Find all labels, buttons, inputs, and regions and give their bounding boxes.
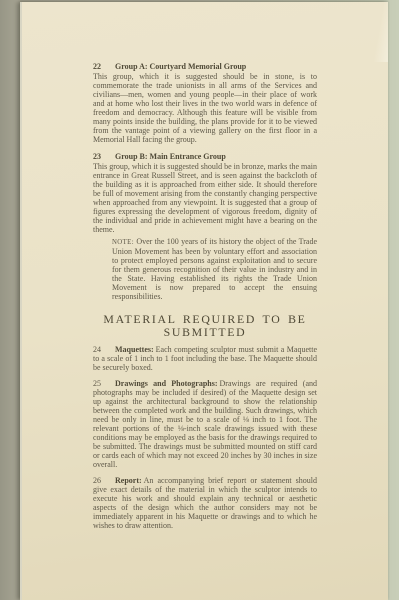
note-label: NOTE: — [112, 239, 134, 246]
clause-number: 25 — [93, 379, 115, 388]
section-heading-22: 22Group A: Courtyard Memorial Group — [93, 62, 317, 71]
clause-text: An accompanying brief report or statemen… — [93, 476, 317, 530]
note-paragraph: NOTE: Over the 100 years of its history … — [112, 237, 317, 301]
clause-number: 26 — [93, 476, 115, 485]
section-heading-23: 23Group B: Main Entrance Group — [93, 152, 317, 161]
section-number: 22 — [93, 62, 115, 71]
clause-24: 24Maquettes:Each competing sculptor must… — [93, 345, 317, 372]
clause-label: Report: — [115, 476, 144, 485]
document-page: 22Group A: Courtyard Memorial Group This… — [20, 2, 388, 600]
section-number: 23 — [93, 152, 115, 161]
section-title: Group A: Courtyard Memorial Group — [115, 62, 246, 71]
text-block: 22Group A: Courtyard Memorial Group This… — [93, 62, 317, 530]
section-title: Group B: Main Entrance Group — [115, 152, 226, 161]
clause-25: 25Drawings and Photographs:Drawings are … — [93, 379, 317, 469]
section-body-23: This group, which it is suggested should… — [93, 162, 317, 234]
clause-26: 26Report:An accompanying brief report or… — [93, 476, 317, 530]
note-text: Over the 100 years of its history the ob… — [112, 237, 317, 301]
clause-text: Drawings are required (and photographs m… — [93, 379, 317, 469]
clause-label: Drawings and Photographs: — [115, 379, 220, 388]
section-body-22: This group, which it is suggested should… — [93, 72, 317, 144]
material-required-heading: MATERIAL REQUIRED TO BE SUBMITTED — [93, 313, 317, 339]
clause-number: 24 — [93, 345, 115, 354]
clause-label: Maquettes: — [115, 345, 156, 354]
